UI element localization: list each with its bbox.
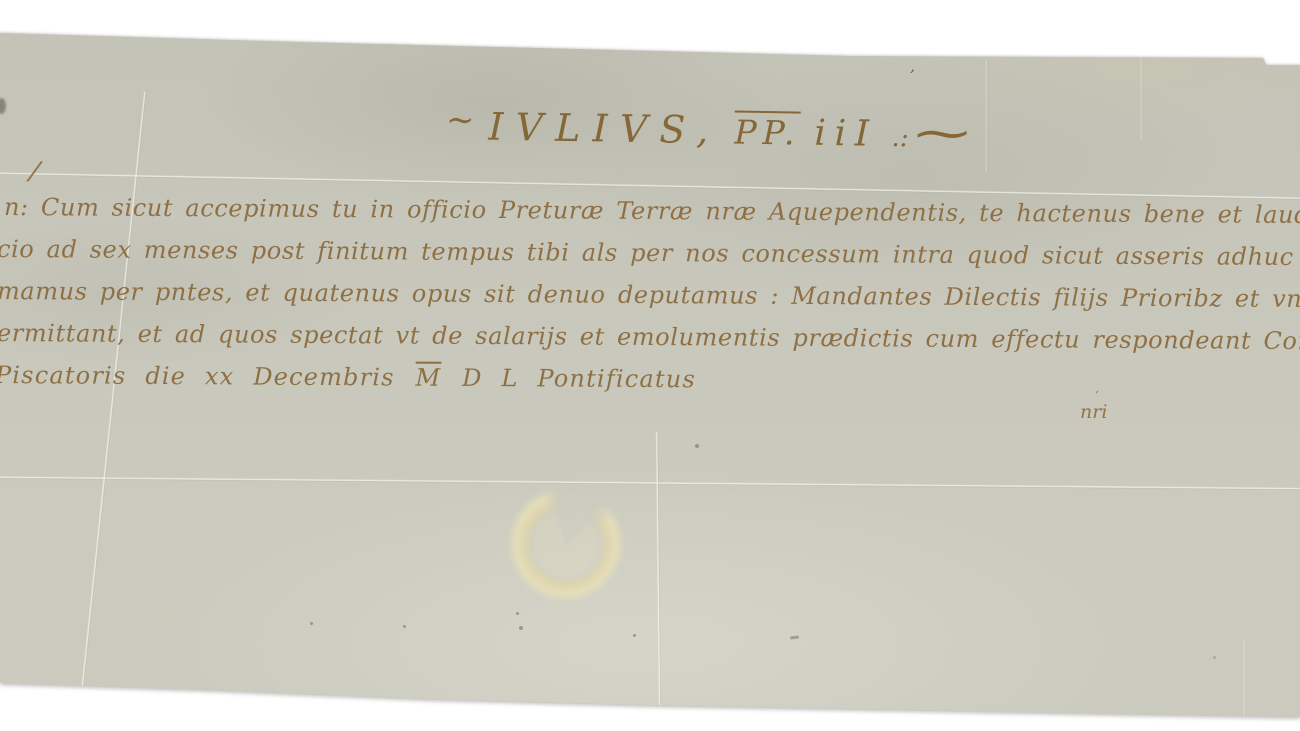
heading-numeral: iiI: [814, 113, 878, 155]
heading-open-tilde: ~: [446, 100, 475, 140]
ink-speck: [695, 444, 699, 448]
fold-crease-middle: [0, 476, 1300, 490]
manuscript-line-3: mamus per pntes, et quatenus opus sit de…: [0, 277, 1300, 313]
heading-pope-name: IVLIVS,: [488, 105, 721, 153]
dateline-year-and-pontificatus: D L Pontificatus: [462, 364, 696, 393]
ink-speck: [310, 622, 313, 625]
parchment-shadow-wrap: ~ IVLIVS, PP. iiI .: ~ ʼ / n: Cum sicut …: [0, 0, 1300, 731]
manuscript-dateline: Piscatoris die xx Decembris M D L Pontif…: [0, 361, 696, 393]
heading-flourish-mark: ʼ: [906, 66, 916, 86]
ink-speck: [790, 635, 799, 639]
heading-line: ~ IVLIVS, PP. iiI .: ~: [446, 96, 962, 158]
ink-speck: [519, 626, 523, 630]
ink-speck: [516, 612, 519, 615]
fold-crease-faint-3: [1243, 640, 1246, 731]
nri-annotation: nri: [1080, 401, 1107, 423]
heading-dots: .:: [891, 123, 909, 153]
fold-crease-faint-1: [985, 60, 988, 172]
manuscript-photo: ~ IVLIVS, PP. iiI .: ~ ʼ / n: Cum sicut …: [0, 0, 1300, 731]
dateline-m-numeral: M: [413, 364, 443, 392]
edge-smudge: [0, 98, 6, 114]
fold-crease-vertical: [655, 432, 661, 731]
heading-close-swash: ~: [909, 105, 975, 160]
dateline-text: Piscatoris die xx Decembris: [0, 361, 395, 391]
ink-speck: [1213, 656, 1216, 659]
manuscript-line-2: cio ad sex menses post finitum tempus ti…: [0, 235, 1300, 271]
fold-crease-faint-2: [1140, 40, 1143, 140]
manuscript-line-4: ermittant, et ad quos spectat vt de sala…: [0, 319, 1300, 355]
ink-speck: [633, 634, 636, 637]
seal-ring-stain: [505, 483, 627, 605]
ink-speck: [403, 625, 406, 628]
parchment-sheet: ~ IVLIVS, PP. iiI .: ~ ʼ / n: Cum sicut …: [0, 0, 1300, 731]
stray-pen-mark: /: [28, 155, 42, 187]
fold-crease-left-diagonal: [80, 92, 146, 694]
manuscript-line-1: n: Cum sicut accepimus tu in officio Pre…: [4, 193, 1300, 229]
heading-pp-abbreviation: PP.: [734, 113, 801, 153]
